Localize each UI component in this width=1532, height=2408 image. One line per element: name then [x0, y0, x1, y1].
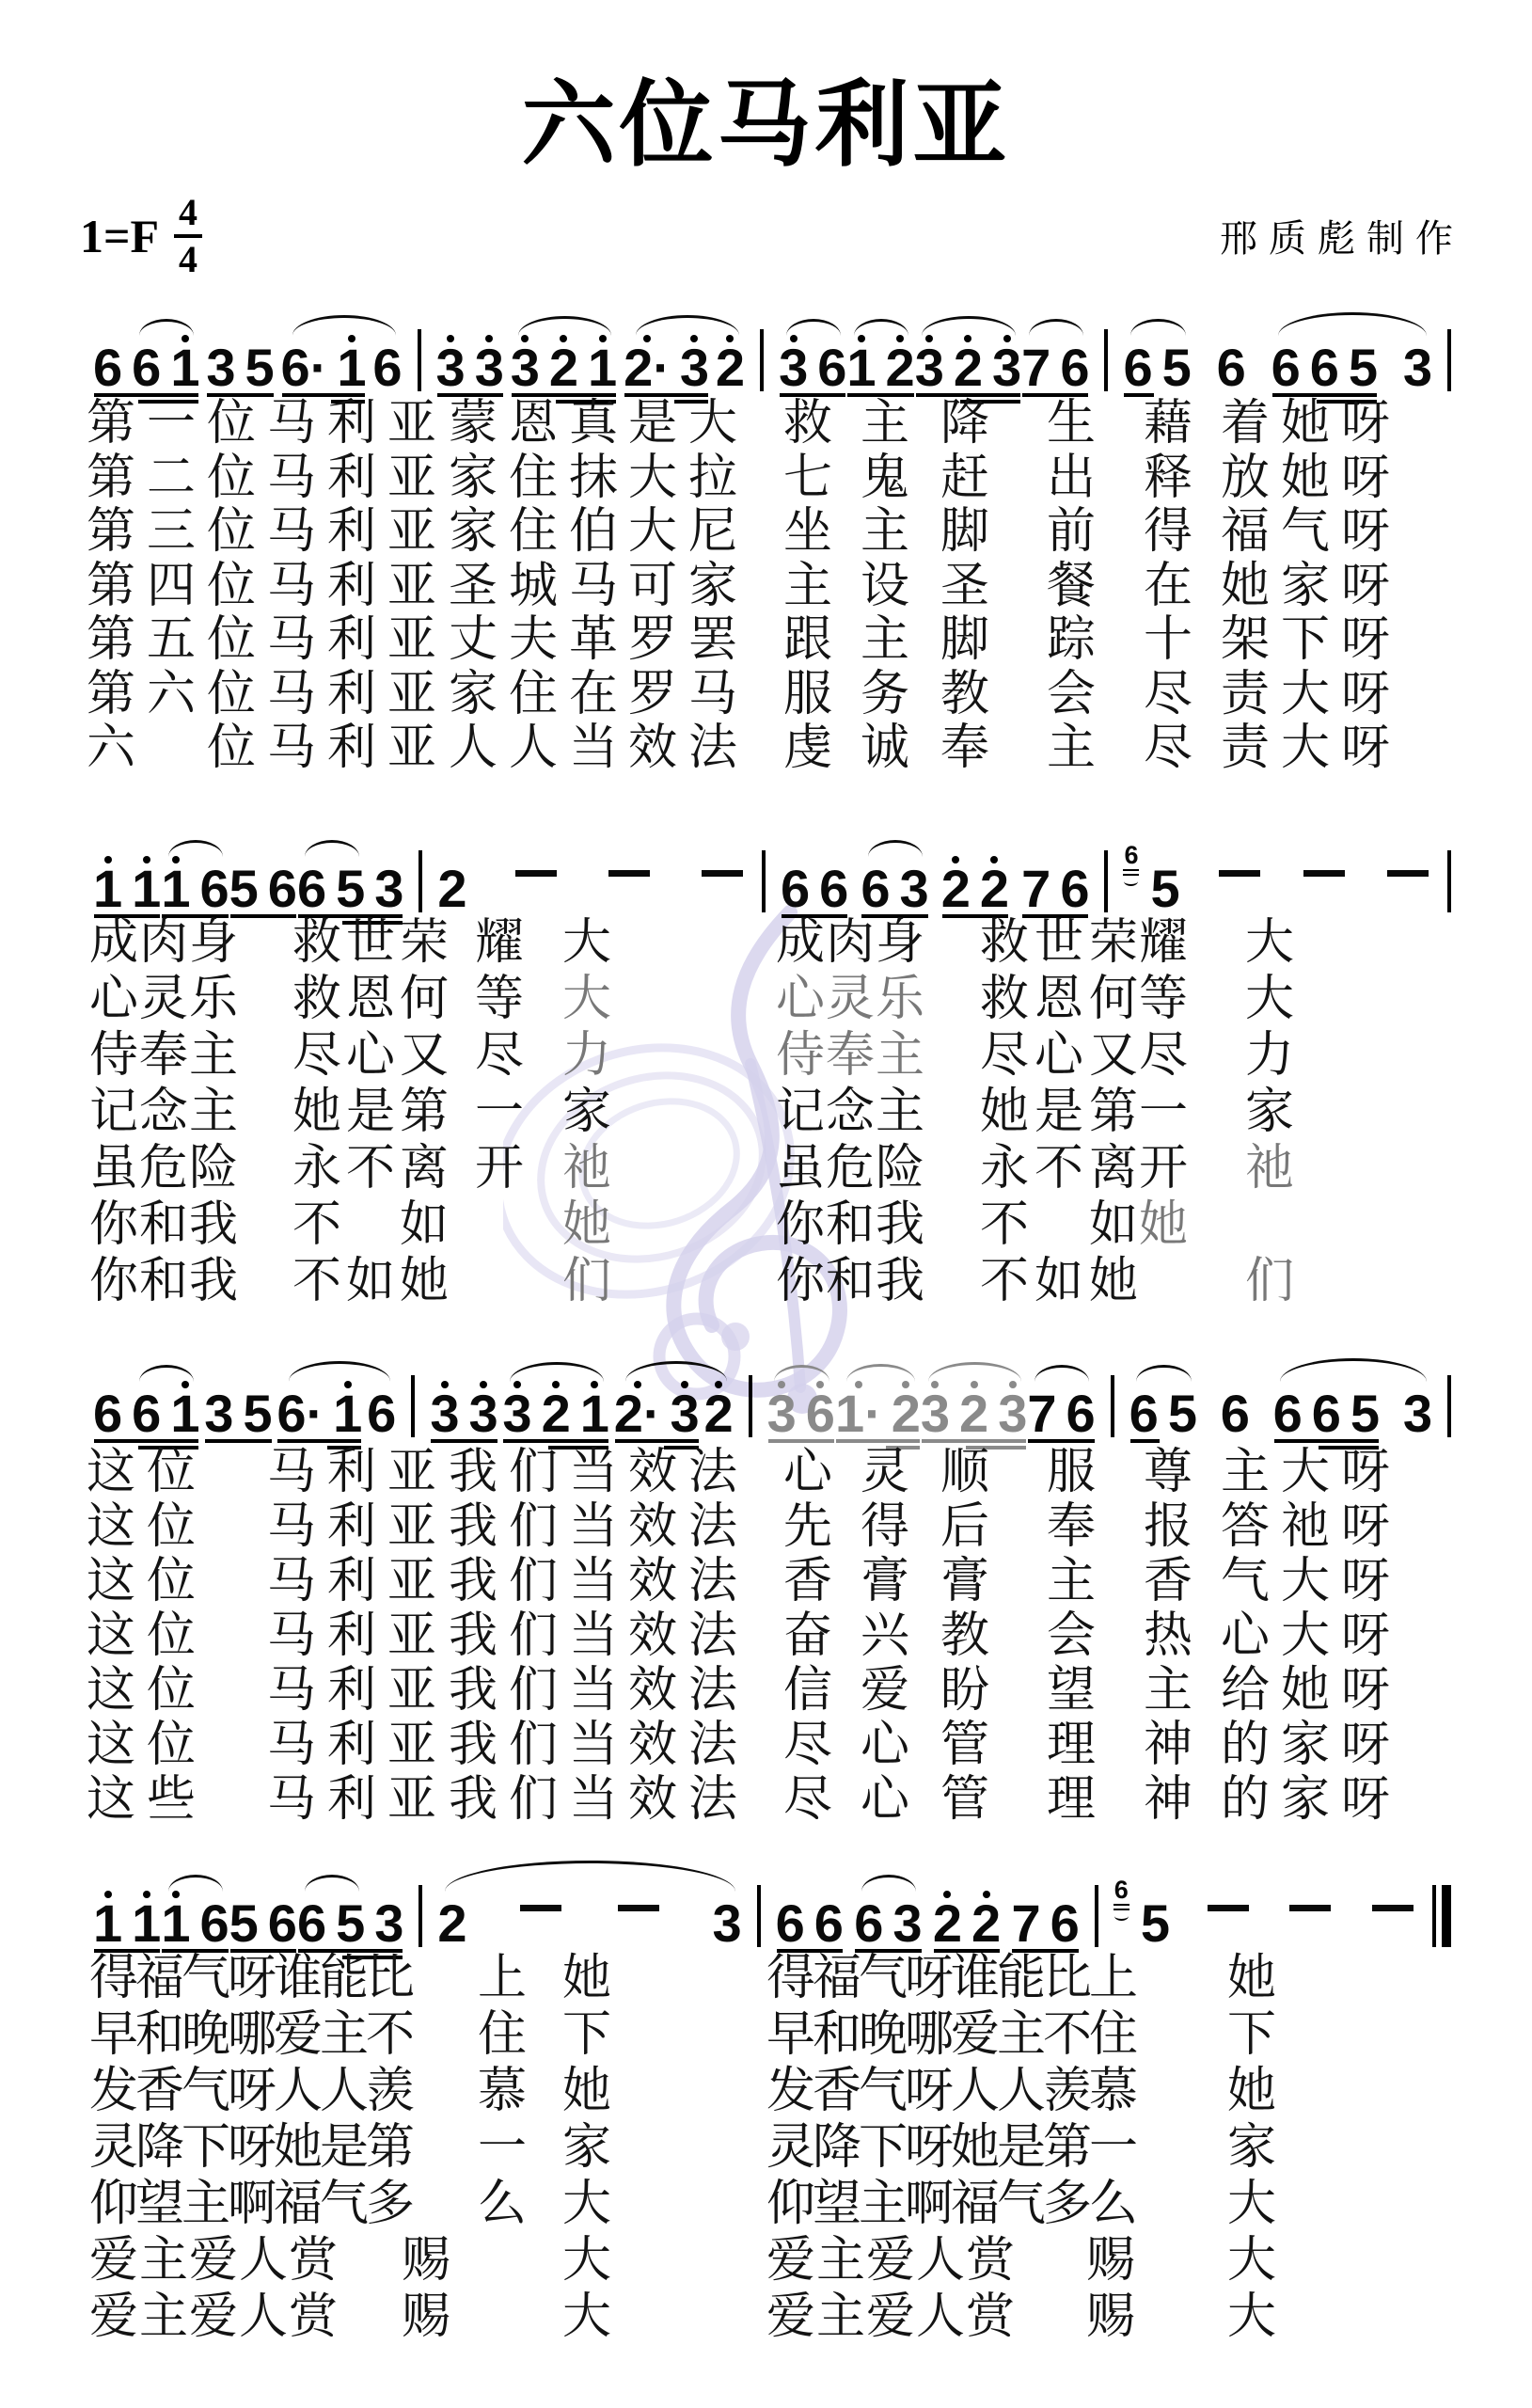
note-digit: 6 [1273, 1392, 1303, 1435]
note-token: 2 [971, 1891, 1001, 1945]
duration-dash [520, 1905, 561, 1911]
note-group [1286, 1905, 1335, 1960]
lyric-cell: 离 [400, 1143, 449, 1195]
note-digit: 3 [998, 1392, 1027, 1435]
music-line-1: 661356·16333212·323612323766566653 [80, 299, 1453, 404]
note-group [1300, 870, 1349, 926]
lyric-cell: 等 [1139, 974, 1188, 1025]
lyric-cell: 这位 马利亚 [87, 1556, 448, 1608]
slur-arc [1034, 1365, 1089, 1382]
note-token: 5 [229, 856, 259, 911]
lyric-cell: 大尼 [628, 506, 749, 558]
lyric-cell: 罗马 [628, 669, 749, 721]
page-title: 六位马利亚 [0, 49, 1532, 184]
note-digit: 3 [430, 1392, 459, 1435]
lyric-cell: 耀 [1139, 917, 1188, 969]
slur-arc [518, 316, 611, 336]
note-token: 3 [374, 856, 403, 911]
lyric-cell: 开 [1139, 1143, 1188, 1195]
lyric-cell: 兴 [861, 1610, 909, 1662]
measure: 333212·32 [423, 335, 759, 404]
note-group: 6·1 [276, 1381, 362, 1450]
lyric-cell: 尽 [475, 1030, 524, 1082]
note-digit: 6 [781, 867, 810, 911]
lyric-cell: 尽 [980, 1030, 1029, 1082]
lyric-cell: 主大呀 [1221, 1447, 1401, 1498]
note-token: 5 [245, 335, 275, 389]
lyric-cell: 么 [478, 2178, 527, 2230]
lyric-cell: 你和我 [776, 1199, 925, 1251]
note-digit: 1 [132, 867, 161, 911]
note-digit: 3 [992, 346, 1021, 389]
note-token: 6 [1129, 1381, 1159, 1435]
note-group: 35 [206, 335, 274, 404]
note-token: 3 [511, 335, 540, 389]
note-token: 3 [468, 1381, 498, 1435]
lyric-cell: 不 [292, 1256, 341, 1307]
note-digit: 1 [93, 1902, 122, 1945]
lyric-cell: 责大呀 [1221, 669, 1401, 721]
lyric-cell: 心灵乐 [89, 974, 239, 1025]
lyric-cell: 们 [562, 1256, 611, 1307]
lyric-cell: 这位 马利亚 [87, 1447, 448, 1498]
beam [1028, 1439, 1094, 1443]
lyric-cell: 降 [940, 398, 989, 450]
measure: 65 [1110, 844, 1445, 926]
lyric-cell: 爱 [861, 1665, 909, 1717]
note-token: 6 [367, 1381, 396, 1435]
note-token: 1 [333, 1381, 362, 1435]
note-digit: 3 [204, 1392, 233, 1435]
lyric-cell: 脚 [940, 614, 989, 666]
lyric-cell: 我们当 [449, 1556, 629, 1608]
lyric-cell: 主 [861, 398, 909, 450]
note-group: 56 [229, 856, 297, 926]
lyric-cell: 设 [861, 561, 909, 612]
note-token: 5 [1168, 1381, 1197, 1435]
note-digit: 6 [1060, 346, 1089, 389]
note-group: 65 [1113, 1878, 1170, 1960]
end-barline [1447, 850, 1451, 912]
lyric-cell: 得 [861, 1501, 909, 1553]
lyric-cell: 心 [346, 1030, 395, 1082]
note-token: 3 [998, 1381, 1027, 1435]
lyric-cell: 侍奉主 [89, 1030, 239, 1082]
note-digit: 6 [132, 1392, 161, 1435]
lyric-cell: 心 [861, 1719, 909, 1771]
lyric-cell: 下 [1227, 2009, 1276, 2061]
note-digit: 5 [1150, 867, 1179, 911]
note-token: 6 [1050, 1891, 1080, 1945]
end-barline [1432, 1885, 1436, 1947]
measure: 333212·32 [417, 1381, 746, 1450]
lyric-cell: 心 [861, 1774, 909, 1826]
lyric-cell: 慕 [478, 2066, 527, 2117]
note-token: 6 [372, 335, 402, 389]
lyric-cell: 神 [1144, 1719, 1192, 1771]
lyric-cell: 如 [346, 1256, 395, 1307]
lyric-cell: 大 [562, 2178, 611, 2230]
lyric-cell: 家 [562, 2122, 611, 2174]
note-group: 2 [716, 335, 745, 404]
music-line-2: 11165665326663227665 [80, 820, 1453, 926]
beam [94, 1439, 198, 1443]
note-digit: 6 [93, 1392, 122, 1435]
lyric-cell: 这位 马利亚 [87, 1610, 448, 1662]
barline [1104, 329, 1108, 391]
lyric-cell: 热 [1144, 1610, 1192, 1662]
note-group [1368, 1905, 1417, 1960]
note-token: 6· [276, 1381, 324, 1435]
note-token: 3 [670, 1381, 699, 1435]
note-token: 6 [297, 1891, 326, 1945]
lyric-cell: 尽 [1144, 669, 1192, 721]
note-token: 6 [93, 335, 122, 389]
lyric-cell: 爱主爱人赏 [89, 2235, 339, 2287]
note-token: 6 [1060, 335, 1089, 389]
time-signature-bottom: 4 [179, 240, 197, 279]
lyric-cell: 这位 马利亚 [87, 1719, 448, 1771]
note-token: 5 [243, 1381, 272, 1435]
note-digit: 2 [941, 867, 971, 911]
note-digit: 3 [712, 1902, 741, 1945]
lyric-cell: 大 [1227, 2235, 1276, 2287]
lyric-cell: 得福气呀谁能比 [89, 1953, 412, 2004]
note-token: 2 [980, 856, 1009, 911]
lyric-cell: 鬼 [861, 452, 909, 504]
lyric-cell: 灵 [861, 1447, 909, 1498]
lyric-cell: 香 [1144, 1556, 1192, 1608]
note-token: 1 [588, 335, 617, 389]
lyric-cell: 大 [1245, 974, 1294, 1025]
lyric-cell: 先 [783, 1501, 832, 1553]
slur-arc [922, 316, 1015, 336]
lyric-cell: 尽 [1139, 1030, 1188, 1082]
lyric-cell: 主 [1144, 1665, 1192, 1717]
note-digit: 3 [1403, 346, 1432, 389]
note-token: 1 [161, 1891, 190, 1945]
lyric-cell: 教 [940, 1610, 989, 1662]
note-digit: 3 [374, 867, 403, 911]
lyric-cell: 赐 [402, 2291, 450, 2343]
note-digit: 3 [892, 1902, 922, 1945]
note-group: 665 [1273, 1381, 1380, 1450]
note-digit: 3 [511, 346, 540, 389]
lyric-cell: 她 [562, 1953, 611, 2004]
note-group: 323 [915, 335, 1021, 404]
note-digit: 3 [779, 346, 808, 389]
lyric-cell: 如 [400, 1199, 449, 1251]
note-group: 6 [1221, 1381, 1250, 1450]
lyric-cell: 发香气呀人人羡 [89, 2066, 412, 2117]
note-digit: 3 [680, 346, 709, 389]
lyric-cell: 效法 [628, 1556, 749, 1608]
note-token: 5 [1150, 856, 1179, 911]
note-token: 6 [93, 1381, 122, 1435]
grace-beam [1123, 869, 1139, 872]
lyric-cell: 架下呀 [1221, 614, 1401, 666]
note-token: 3 [900, 856, 929, 911]
note-token: 3 [206, 335, 235, 389]
lyric-cell: 会 [1047, 669, 1096, 721]
lyric-cell: 在 [1144, 561, 1192, 612]
lyric-cell: 出 [1047, 452, 1096, 504]
lyric-cell: 开 [475, 1143, 524, 1195]
lyric-cell: 效法 [628, 722, 749, 774]
note-digit: 1 [170, 1392, 199, 1435]
lyric-cell: 又 [1089, 1030, 1138, 1082]
note-group: 323 [921, 1381, 1027, 1450]
lyric-cell: 一 [478, 2122, 527, 2174]
lyric-cell: 世 [346, 917, 395, 969]
note-digit: 6 [199, 1902, 229, 1945]
lyric-cell: 主 [783, 561, 832, 612]
note-token: 2 [716, 335, 745, 389]
slur-arc [1029, 319, 1083, 336]
composer-credit: 邢质彪制作 [1220, 209, 1464, 262]
note-digit: 6 [854, 1902, 883, 1945]
note-digit: 2 [716, 346, 745, 389]
note-token: 1 [93, 856, 122, 911]
note-token: 6 [1221, 1381, 1250, 1435]
lyric-cell: 释 [1144, 452, 1192, 504]
note-digit: 6· [276, 1392, 324, 1435]
note-group: 76 [1021, 335, 1089, 404]
lyric-cell: 大拉 [628, 452, 749, 504]
note-digit: 6 [1217, 346, 1246, 389]
note-token: 6· [281, 335, 328, 389]
note-digit: 2· [614, 1392, 661, 1435]
note-token: 5 [229, 1891, 259, 1945]
note-token: 2 [437, 1891, 466, 1945]
note-token: 2 [941, 856, 971, 911]
note-token: 6 [199, 856, 229, 911]
lyric-cell: 力 [562, 1030, 611, 1082]
beam [431, 1439, 497, 1443]
lyric-cell: 着她呀 [1221, 398, 1401, 450]
note-token: 3 [475, 335, 504, 389]
note-group: 2 [437, 1891, 466, 1960]
lyric-cell: 一 [475, 1086, 524, 1138]
lyric-cell: 耀 [475, 917, 524, 969]
lyric-cell: 餐 [1047, 561, 1096, 612]
slur-arc [168, 1875, 223, 1892]
note-digit: 6 [268, 1902, 297, 1945]
lyric-cell: 报 [1144, 1501, 1192, 1553]
note-digit: 5 [229, 867, 259, 911]
lyric-cell: 望 [1047, 1665, 1096, 1717]
note-digit: 7 [1027, 1392, 1056, 1435]
lyric-cell: 人人当 [449, 722, 629, 774]
note-digit: 2 [971, 1902, 1001, 1945]
duration-dash [1219, 870, 1260, 877]
note-group: 36 [779, 335, 846, 404]
note-digit: 1 [588, 346, 617, 389]
note-digit: 3 [900, 867, 929, 911]
lyric-cell: 如 [1089, 1199, 1138, 1251]
note-group: 3 [1403, 335, 1432, 404]
note-token: 2 [933, 1891, 962, 1945]
note-token: 3 [502, 1381, 531, 1435]
lyric-cell: 效法 [628, 1719, 749, 1771]
note-digit: 6 [1221, 1392, 1250, 1435]
lyric-cell: 尽 [1144, 722, 1192, 774]
beam [922, 1439, 1026, 1443]
measure: 6566653 [1110, 335, 1445, 404]
lyric-cell: 离 [1089, 1143, 1138, 1195]
note-token: 1 [132, 856, 161, 911]
note-token: 7 [1027, 1381, 1056, 1435]
note-digit: 1· [835, 1392, 882, 1435]
note-token: 5 [1350, 1381, 1380, 1435]
lyric-cell: 赐 [1086, 2291, 1135, 2343]
lyric-cell: 家住在 [449, 669, 629, 721]
lyric-cell: 虽危险 [89, 1143, 239, 1195]
lyric-cell: 的家呀 [1221, 1719, 1401, 1771]
note-group: 6·1 [281, 335, 367, 404]
note-digit: 2 [437, 867, 466, 911]
note-group: 16 [161, 1891, 229, 1960]
note-token: 3 [921, 1381, 950, 1435]
lyric-cell: 赶 [940, 452, 989, 504]
note-digit: 5 [1168, 1392, 1197, 1435]
music-line-3: 661356·16333212·32361·2323766566653 [80, 1345, 1453, 1450]
note-group [1383, 870, 1432, 926]
lyric-cell: 虔 [783, 722, 832, 774]
note-digit: 2 [892, 1392, 921, 1435]
note-token: 6 [1060, 856, 1089, 911]
lyric-cell: 荣 [400, 917, 449, 969]
slur-arc [774, 1365, 829, 1382]
note-token: 6 [132, 335, 161, 389]
lyric-cell: 第四位马利亚 [87, 561, 448, 612]
note-token: 6 [1066, 1381, 1096, 1435]
lyric-cell: 的家呀 [1221, 1774, 1401, 1826]
lyric-cell: 膏 [861, 1556, 909, 1608]
measure: 6566653 [1116, 1381, 1445, 1450]
lyric-cell: 六 位马利亚 [87, 722, 448, 774]
note-digit: 3 [206, 346, 235, 389]
lyric-cell: 管 [940, 1719, 989, 1771]
slur-arc [168, 840, 223, 857]
lyric-cell: 赐 [402, 2235, 450, 2287]
note-digit: 1 [161, 867, 190, 911]
note-digit: 2 [933, 1902, 962, 1945]
note-digit: 2 [954, 346, 983, 389]
lyric-cell: 主 [1047, 1556, 1096, 1608]
grace-note: 6 [1123, 844, 1139, 886]
note-digit: 5 [1141, 1902, 1170, 1945]
barline [411, 1375, 415, 1437]
lyric-cell: 救 [292, 917, 341, 969]
lyric-cell: 早和晚哪爱主不住 [766, 2009, 1135, 2061]
lyric-cell: 不 [1034, 1143, 1083, 1195]
lyric-cell: 世 [1034, 917, 1083, 969]
lyric-cell: 主 [1047, 722, 1096, 774]
note-token: 3 [915, 335, 944, 389]
lyric-cell: 荣 [1089, 917, 1138, 969]
slur-arc [305, 840, 359, 857]
barline [749, 1375, 752, 1437]
lyric-cell: 早和晚哪爱主不 [89, 2009, 412, 2061]
note-token: 5 [336, 1891, 365, 1945]
measure: 111656653 [80, 1891, 417, 1960]
note-group: 665 [1271, 335, 1378, 404]
note-digit: 1 [333, 1392, 362, 1435]
lyric-cell: 我们当 [449, 1774, 629, 1826]
lyric-cell: 效法 [628, 1610, 749, 1662]
note-group: 6 [367, 1381, 396, 1450]
note-token: 1 [846, 335, 876, 389]
lyric-cell: 尽 [783, 1774, 832, 1826]
note-digit: 6 [1312, 1392, 1341, 1435]
note-digit: 7 [1011, 1902, 1040, 1945]
beam [277, 1439, 361, 1443]
lyric-cell: 大 [1245, 917, 1294, 969]
lyric-cell: 是大 [628, 398, 749, 450]
lyric-cell: 爱主爱人赏 [89, 2291, 339, 2343]
note-group: 56 [229, 1891, 297, 1960]
note-digit: 3 [475, 346, 504, 389]
note-digit: 5 [229, 1902, 259, 1945]
barline [1104, 850, 1108, 912]
duration-dash [515, 870, 557, 877]
note-token: 5 [1349, 335, 1378, 389]
note-token: 3 [712, 1891, 741, 1945]
lyric-cell: 力 [1245, 1030, 1294, 1082]
note-token: 6 [1123, 335, 1152, 389]
beam [205, 1439, 271, 1443]
slur-arc [861, 1875, 916, 1892]
duration-dash [1208, 1905, 1249, 1911]
lyric-cell: 灵降下呀她是第一 [766, 2122, 1135, 2174]
note-token: 3 [992, 335, 1021, 389]
lyric-cell: 仰望主啊福气多么 [766, 2178, 1135, 2230]
lyric-cell: 永 [980, 1143, 1029, 1195]
lyric-cell: 效法 [628, 1447, 749, 1498]
lyric-cell: 记念主 [89, 1086, 239, 1138]
beam [1274, 1439, 1379, 1443]
lyric-cell: 奉 [1047, 1501, 1096, 1553]
lyric-cell: 爱主爱人赏 [766, 2291, 1016, 2343]
duration-dash [608, 870, 650, 877]
note-token: 6 [1312, 1381, 1341, 1435]
lyric-cell: 第二位马利亚 [87, 452, 448, 504]
note-digit: 3 [374, 1902, 403, 1945]
note-group: 2 [703, 1381, 733, 1450]
note-digit: 6 [817, 346, 846, 389]
note-token: 7 [1021, 856, 1050, 911]
note-digit: 3 [436, 346, 466, 389]
lyric-cell: 虽危险 [776, 1143, 925, 1195]
lyric-cell: 跟 [783, 614, 832, 666]
note-token: 2 [549, 335, 578, 389]
note-token: 3 [892, 1891, 922, 1945]
note-digit: 2 [959, 1392, 988, 1435]
grace-tie-icon [1114, 1911, 1129, 1921]
slur-arc [625, 1361, 727, 1382]
note-digit: 1 [846, 346, 876, 389]
measure: 361232376 [766, 335, 1102, 404]
lyric-cell: 得 [1144, 506, 1192, 558]
note-digit: 6 [1271, 346, 1301, 389]
note-token: 7 [1021, 335, 1050, 389]
time-signature: 4 4 [174, 193, 202, 279]
lyric-cell: 家 [1227, 2122, 1276, 2174]
lyric-cell: 我们当 [449, 1719, 629, 1771]
note-digit: 2 [437, 1902, 466, 1945]
lyric-cell: 奉 [940, 722, 989, 774]
